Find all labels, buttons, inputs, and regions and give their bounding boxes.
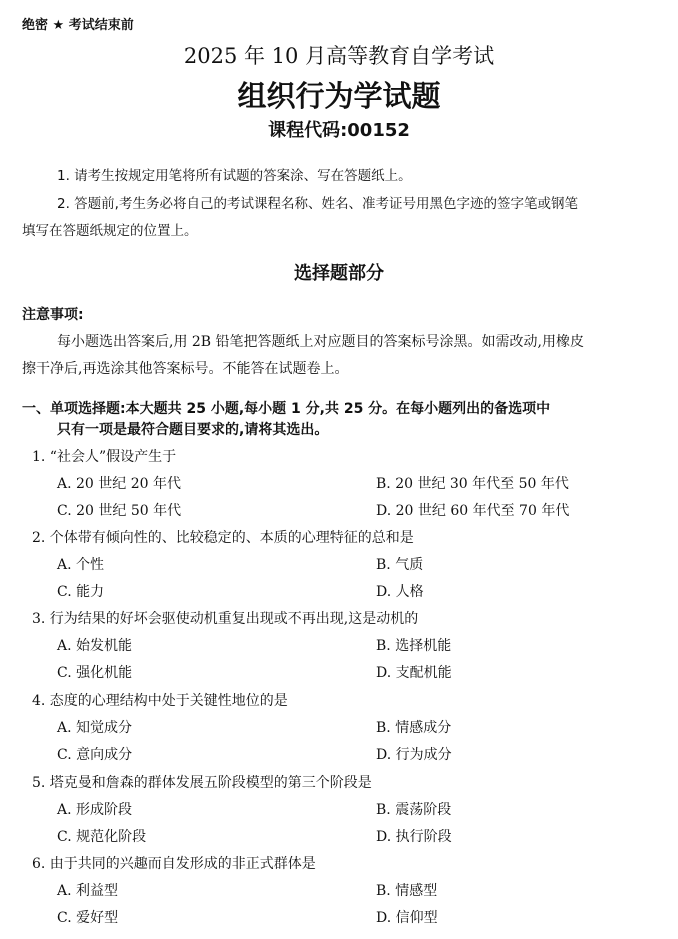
- course-code: 课程代码:00152: [0, 116, 678, 142]
- option-c: C. 规范化阶段: [57, 826, 146, 846]
- subject-title: 组织行为学试题: [0, 74, 678, 115]
- instruction-1: 1. 请考生按规定用笔将所有试题的答案涂、写在答题纸上。: [57, 164, 412, 184]
- option-b: B. 选择机能: [376, 635, 451, 655]
- confidential-label: 绝密 ★ 考试结束前: [22, 14, 134, 33]
- section-heading-line-1: 一、单项选择题:本大题共 25 小题,每小题 1 分,共 25 分。在每小题列出…: [22, 398, 550, 418]
- attention-line-2: 擦干净后,再选涂其他答案标号。不能答在试题卷上。: [22, 358, 348, 378]
- option-d: D. 人格: [376, 581, 424, 601]
- option-d: D. 信仰型: [376, 907, 438, 927]
- option-c: C. 爱好型: [57, 907, 118, 927]
- part-title: 选择题部分: [0, 259, 678, 285]
- question-stem: 6. 由于共同的兴趣而自发形成的非正式群体是: [32, 853, 316, 873]
- attention-heading: 注意事项:: [22, 304, 84, 324]
- question-stem: 5. 塔克曼和詹森的群体发展五阶段模型的第三个阶段是: [32, 772, 372, 792]
- exam-title: 2025 年 10 月高等教育自学考试: [0, 40, 678, 70]
- question-stem: 2. 个体带有倾向性的、比较稳定的、本质的心理特征的总和是: [32, 527, 414, 547]
- instruction-2-cont: 填写在答题纸规定的位置上。: [22, 219, 198, 239]
- option-a: A. 个性: [57, 554, 104, 574]
- option-b: B. 情感型: [376, 880, 437, 900]
- option-d: D. 支配机能: [376, 662, 452, 682]
- section-heading-line-2: 只有一项是最符合题目要求的,请将其选出。: [57, 419, 328, 439]
- question-stem: 3. 行为结果的好坏会驱使动机重复出现或不再出现,这是动机的: [32, 608, 418, 628]
- option-d: D. 行为成分: [376, 744, 452, 764]
- option-b: B. 气质: [376, 554, 423, 574]
- question-stem: 4. 态度的心理结构中处于关键性地位的是: [32, 690, 288, 710]
- question-stem: 1. “社会人”假设产生于: [32, 446, 176, 466]
- attention-line-1: 每小题选出答案后,用 2B 铅笔把答题纸上对应题目的答案标号涂黑。如需改动,用橡…: [57, 331, 584, 351]
- option-b: B. 震荡阶段: [376, 799, 451, 819]
- instruction-2: 2. 答题前,考生务必将自己的考试课程名称、姓名、准考证号用黑色字迹的签字笔或钢…: [57, 192, 578, 212]
- option-c: C. 强化机能: [57, 662, 132, 682]
- option-d: D. 执行阶段: [376, 826, 452, 846]
- option-c: C. 20 世纪 50 年代: [57, 500, 181, 520]
- option-b: B. 20 世纪 30 年代至 50 年代: [376, 473, 569, 493]
- option-c: C. 能力: [57, 581, 104, 601]
- option-d: D. 20 世纪 60 年代至 70 年代: [376, 500, 569, 520]
- option-a: A. 始发机能: [57, 635, 132, 655]
- option-b: B. 情感成分: [376, 717, 451, 737]
- option-a: A. 知觉成分: [57, 717, 132, 737]
- option-a: A. 利益型: [57, 880, 118, 900]
- option-a: A. 形成阶段: [57, 799, 132, 819]
- option-a: A. 20 世纪 20 年代: [57, 473, 181, 493]
- option-c: C. 意向成分: [57, 744, 132, 764]
